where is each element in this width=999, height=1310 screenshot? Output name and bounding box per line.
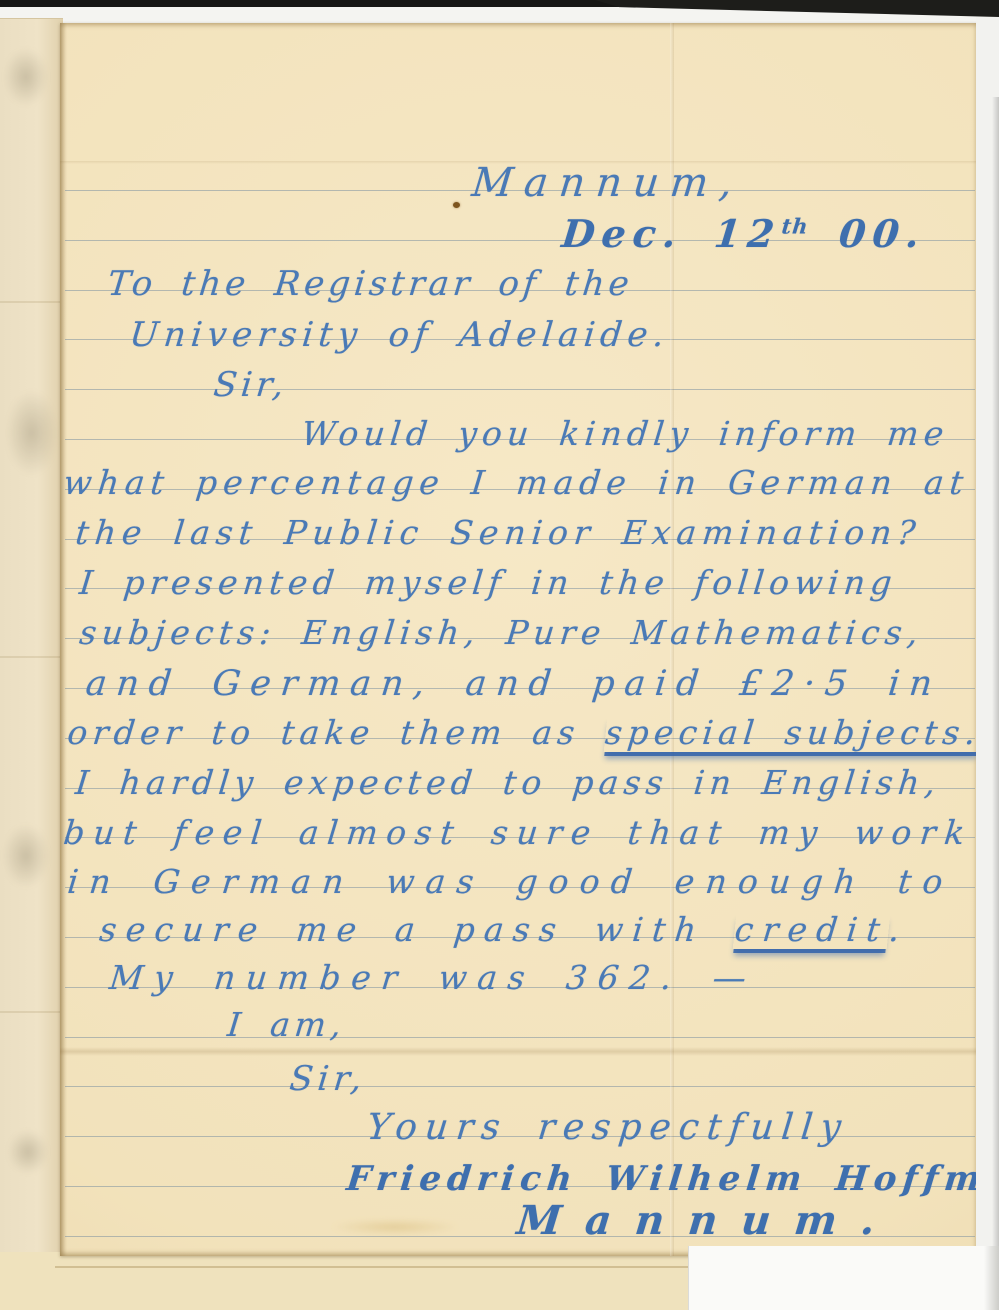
- handwriting-salutation: Sir,: [212, 368, 289, 402]
- fold-crease-mark: [0, 1011, 63, 1013]
- handwriting-body: Would you kindly inform me: [300, 417, 950, 450]
- handwriting-body: My number was 362. —: [108, 961, 758, 994]
- underlying-sheet-bottom: [0, 1252, 690, 1310]
- paper-stain: [330, 1219, 460, 1235]
- handwriting-body: in German was good enough to: [66, 865, 956, 898]
- bleed-through-mark: [4, 48, 48, 106]
- handwriting-place: Mannum,: [470, 163, 745, 203]
- ink-underlined-phrase: special subjects.: [603, 713, 982, 752]
- rule-line: [65, 389, 975, 390]
- bleed-through-mark: [8, 1130, 48, 1174]
- handwriting-recipient-line-1: To the Registrar of the: [106, 267, 635, 301]
- handwriting-closing: Sir,: [288, 1062, 368, 1096]
- fold-crease-mark: [0, 656, 63, 658]
- handwriting-body: order to take them as special subjects.: [66, 716, 982, 749]
- scanned-letter: Mannum,Dec. 12th 00.To the Registrar of …: [0, 0, 999, 1310]
- handwriting-body: but feel almost sure that my work: [62, 816, 975, 849]
- rule-line: [65, 1037, 975, 1038]
- handwriting-date: Dec. 12th 00.: [560, 215, 928, 253]
- scanner-background-right: [976, 7, 999, 1250]
- handwriting-body: subjects: English, Pure Mathematics,: [78, 616, 925, 649]
- handwriting-signature: Friedrich Wilhelm Hoffmann: [345, 1162, 999, 1196]
- ink-fleck: [453, 202, 460, 208]
- scanner-background-bottom-right: [688, 1246, 999, 1310]
- handwriting-signature-place: Mannum.: [515, 1201, 901, 1241]
- handwriting-recipient-line-2: University of Adelaide.: [128, 318, 671, 352]
- handwriting-closing: Yours respectfully: [365, 1110, 851, 1146]
- handwriting-body: secure me a pass with credit.: [98, 913, 911, 946]
- horizontal-fold-crease: [60, 1047, 978, 1056]
- handwriting-body: I hardly expected to pass in English,: [74, 766, 942, 799]
- ink-underlined-phrase: credit: [733, 910, 891, 949]
- scanner-top-band: [595, 0, 999, 17]
- handwriting-body: the last Public Senior Examination?: [74, 516, 923, 549]
- bleed-through-mark: [3, 824, 49, 888]
- fold-crease-mark: [0, 301, 63, 303]
- handwriting-body: what percentage I made in German at: [62, 466, 971, 499]
- bleed-through-mark: [6, 390, 58, 476]
- letter-page: Mannum,Dec. 12th 00.To the Registrar of …: [60, 23, 978, 1256]
- rule-line: [65, 1086, 975, 1087]
- underlying-sheet-edge-line: [55, 1266, 688, 1268]
- handwriting-body: and German, and paid £2·5 in: [84, 667, 944, 702]
- handwriting-closing: I am,: [226, 1008, 347, 1041]
- underlying-sheet-left-edge: [0, 18, 63, 1310]
- handwriting-body: I presented myself in the following: [78, 566, 899, 599]
